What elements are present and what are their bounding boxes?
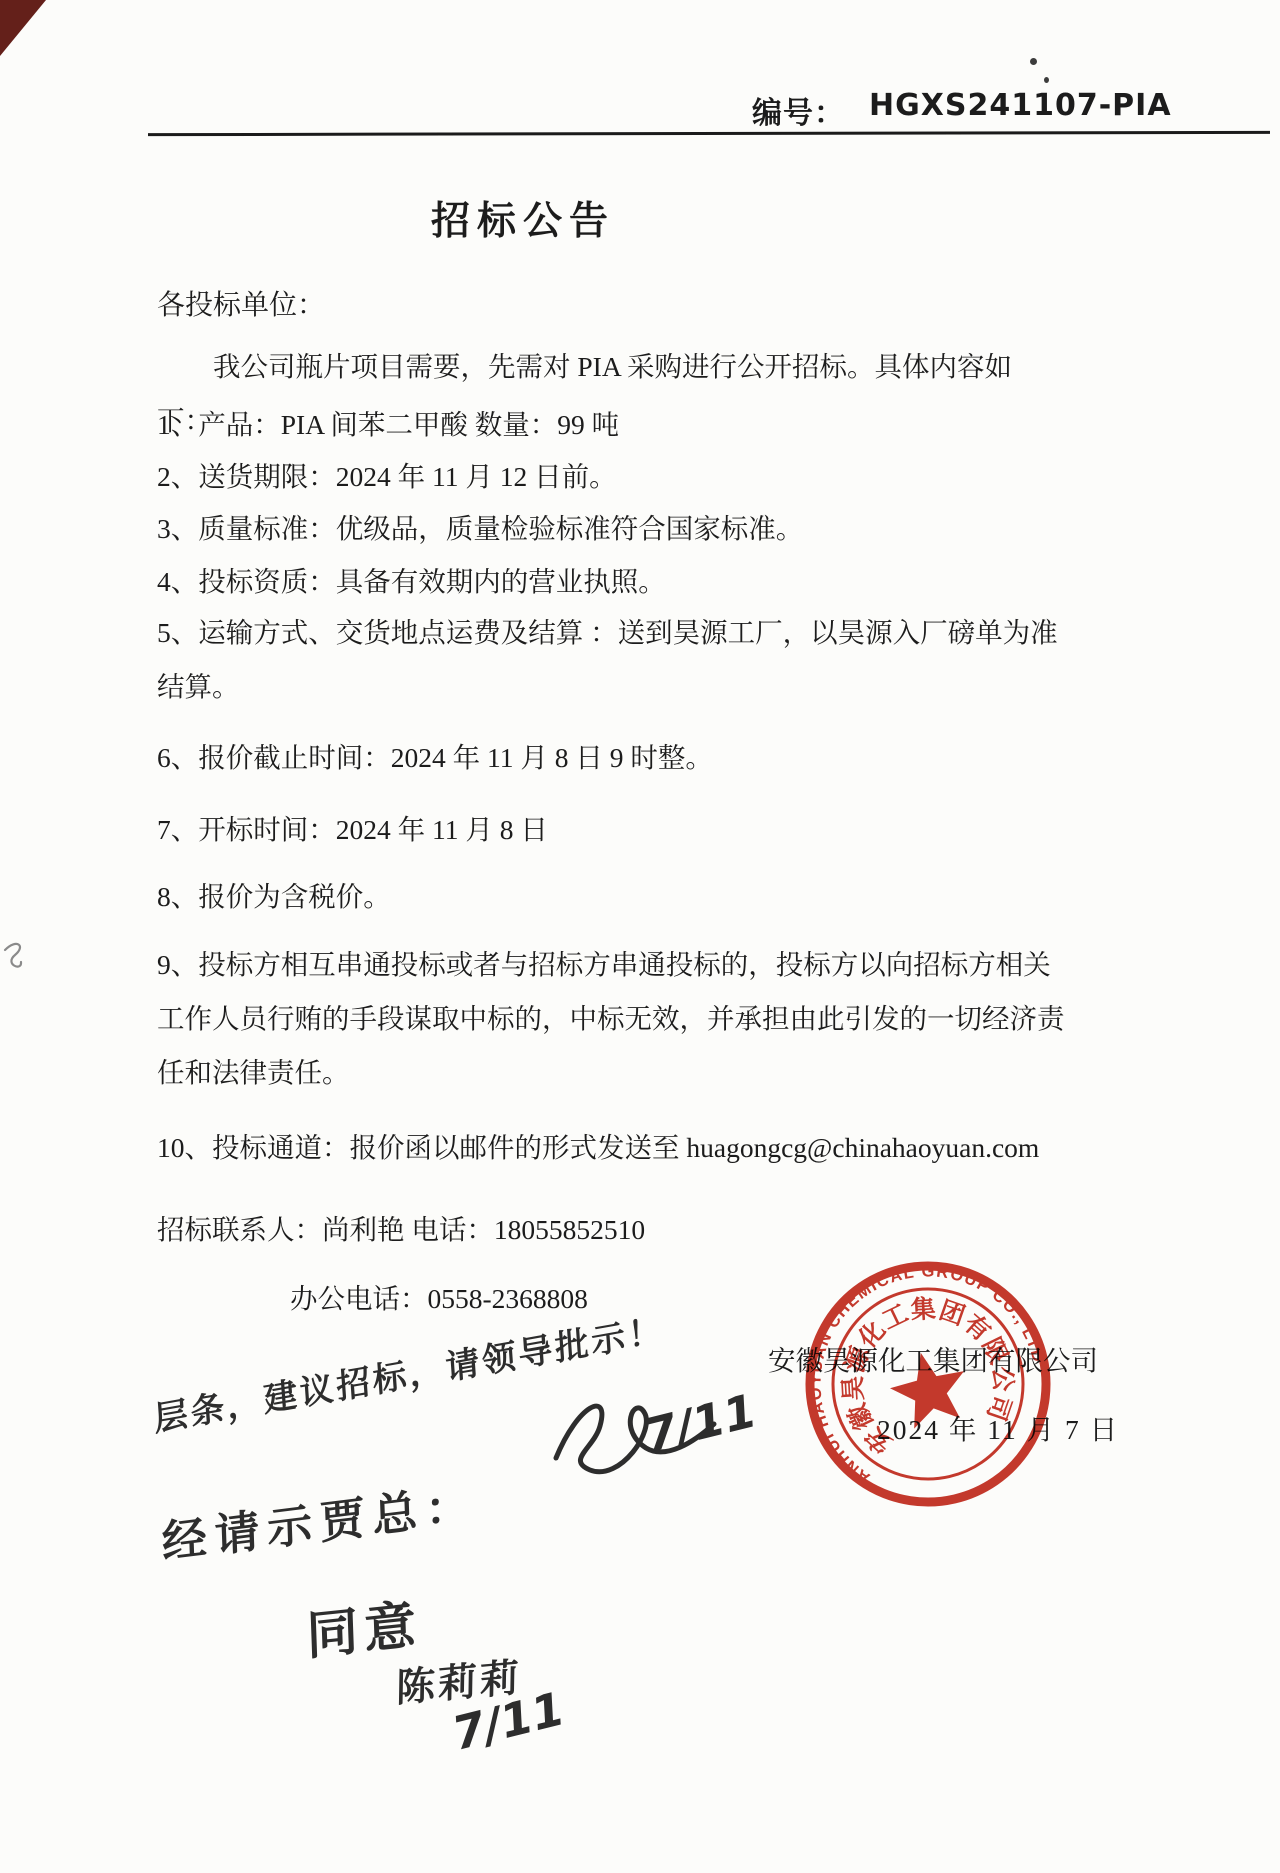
tender-item-2: 2、送货期限：2024 年 11 月 12 日前。 <box>157 450 1065 504</box>
tender-item-9: 9、投标方相互串通投标或者与招标方串通投标的，投标方以向招标方相关工作人员行贿的… <box>157 938 1065 1100</box>
stamp-star-icon <box>884 1344 974 1432</box>
tender-item-10: 10、投标通道：报价函以邮件的形式发送至 huagongcg@chinahaoy… <box>157 1121 1065 1175</box>
ink-dot-1 <box>1030 58 1037 65</box>
tender-item-8: 8、报价为含税价。 <box>157 870 1065 924</box>
doc-number-value: HGXS241107-PIA <box>869 88 1172 132</box>
page-title: 招标公告 <box>0 190 1046 246</box>
tender-item-5: 5、运输方式、交货地点运费及结算 ：送到昊源工厂，以昊源入厂磅单为准结算。 <box>157 606 1065 714</box>
doc-number-label: 编号： <box>752 88 845 132</box>
margin-pencil-scribble <box>2 938 30 978</box>
scanned-document-page: 编号： HGXS241107-PIA 招标公告 各投标单位： 我公司瓶片项目需要… <box>0 0 1280 1873</box>
tender-item-1: 1、产品：PIA 间苯二甲酸 数量：99 吨 <box>157 398 1065 452</box>
company-stamp-seal: ANHUI HAOYUAN CHEMICAL GROUP CO., LTD 安徽… <box>782 1238 1074 1530</box>
ink-dot-2 <box>1044 77 1049 83</box>
header-rule <box>148 131 1270 136</box>
note2-prefix: 经请示贾总： <box>161 1467 479 1571</box>
tender-item-7: 7、开标时间：2024 年 11 月 8 日 <box>157 803 1065 857</box>
corner-ink-mark <box>0 0 60 64</box>
doc-number-line: 编号： HGXS241107-PIA <box>752 88 1172 132</box>
tender-item-4: 4、投标资质：具备有效期内的营业执照。 <box>157 555 1065 609</box>
tender-item-3: 3、质量标准：优级品，质量检验标准符合国家标准。 <box>157 502 1065 556</box>
salutation: 各投标单位： <box>157 279 1065 333</box>
tender-item-6: 6、报价截止时间：2024 年 11 月 8 日 9 时整。 <box>157 731 1065 785</box>
